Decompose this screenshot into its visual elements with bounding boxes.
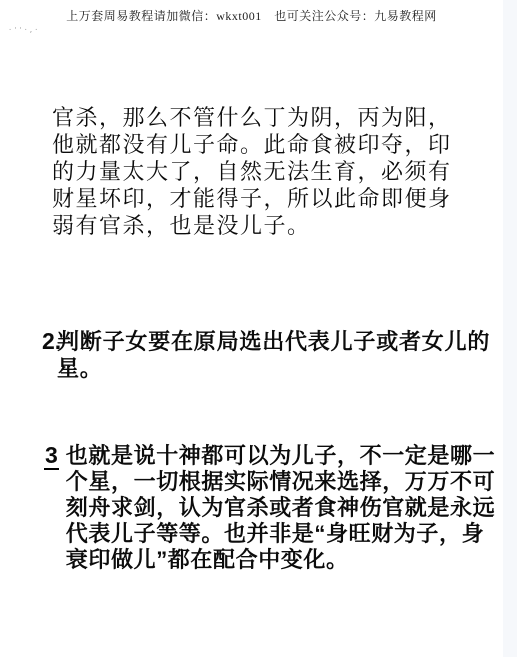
list-item-3-text: 也就是说十神都可以为儿子，不一定是哪一 个星，一切根据实际情况来选择，万万不可 … [66,443,495,573]
page-header-note: 上万套周易教程请加微信：wkxt001 也可关注公众号：九易教程网 [0,7,503,24]
text-line: 弱有官杀，也是没儿子。 [52,212,452,239]
text-line: 财星坏印，才能得子，所以此命即便身 [52,185,452,212]
viewer-screen: 上万套周易教程请加微信：wkxt001 也可关注公众号：九易教程网 ·''·,·… [0,0,517,657]
text-line: 官杀，那么不管什么丁为阴，丙为阳， [52,104,452,131]
scan-artifact: ·''·,· [8,26,39,34]
text-line: 判断子女要在原局选出代表儿子或者女儿的 [57,328,490,355]
text-line: 刻舟求剑，认为官杀或者食神伤官就是永远 [66,495,495,521]
text-line: 代表儿子等等。也并非是“身旺财为子，身 [66,521,495,547]
text-line: 的力量太大了，自然无法生育，必须有 [52,158,452,185]
viewer-background-strip [503,0,517,657]
text-line: 衰印做儿”都在配合中变化。 [66,547,495,573]
document-page: 上万套周易教程请加微信：wkxt001 也可关注公众号：九易教程网 ·''·,·… [0,0,503,657]
text-line: 星。 [57,355,490,382]
text-line: 个星，一切根据实际情况来选择，万万不可 [66,469,495,495]
text-line: 他就都没有儿子命。此命食被印夺，印 [52,131,452,158]
list-item-2-text: 判断子女要在原局选出代表儿子或者女儿的 星。 [57,328,490,382]
list-item-2-number: 2. [42,328,57,355]
list-item-3-number: 3 [44,443,59,470]
list-item-2: 2. 判断子女要在原局选出代表儿子或者女儿的 星。 [42,328,490,382]
text-line: 也就是说十神都可以为儿子，不一定是哪一 [66,443,495,469]
body-paragraph: 官杀，那么不管什么丁为阴，丙为阳， 他就都没有儿子命。此命食被印夺，印 的力量太… [52,104,452,239]
list-item-3: 3 也就是说十神都可以为儿子，不一定是哪一 个星，一切根据实际情况来选择，万万不… [44,443,495,573]
